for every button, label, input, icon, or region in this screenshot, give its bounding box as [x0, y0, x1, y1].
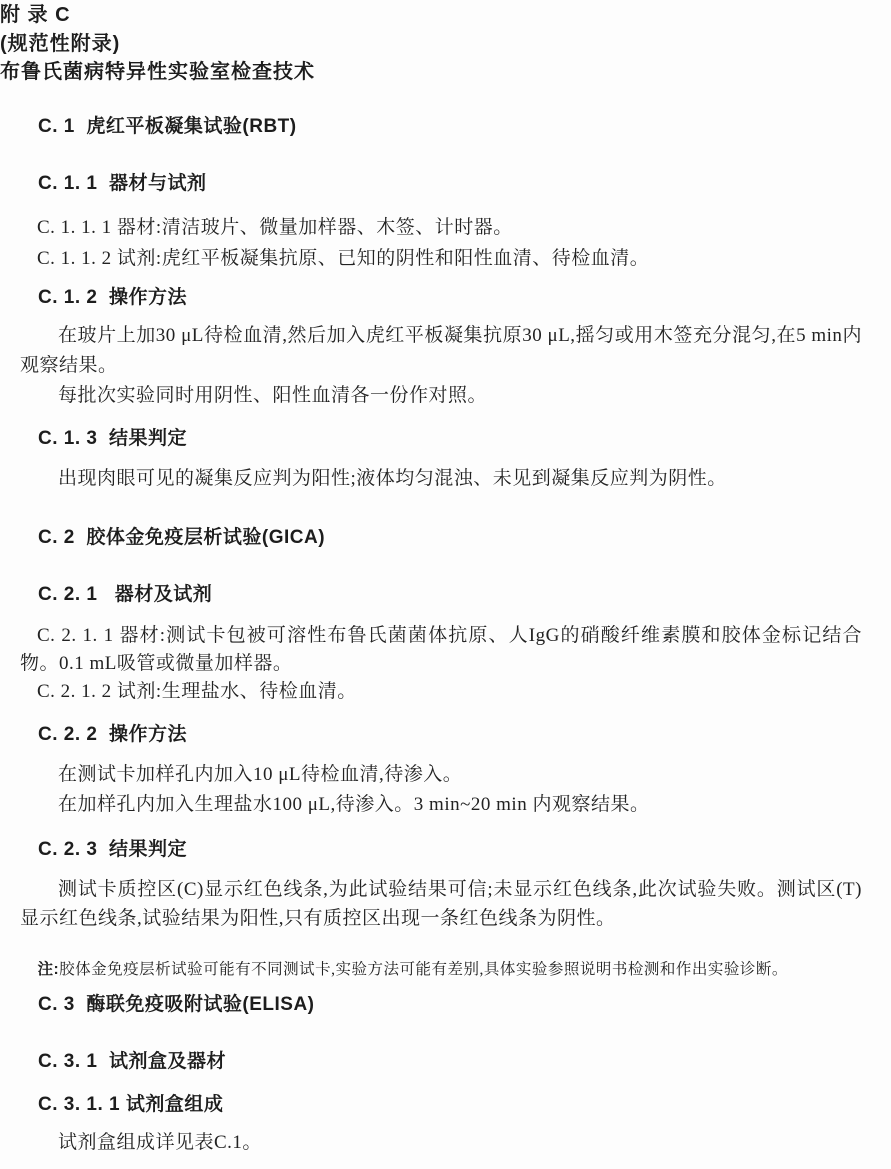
- paragraph-c22-2: 在加样孔内加入生理盐水100 μL,待渗入。3 min~20 min 内观察结果…: [20, 790, 862, 820]
- section-c11-heading: C. 1. 1 器材与试剂: [38, 172, 862, 196]
- paragraph-c12-2: 每批次实验同时用阴性、阳性血清各一份作对照。: [20, 381, 862, 411]
- section-c1-heading: C. 1 虎红平板凝集试验(RBT): [38, 115, 862, 139]
- section-c2-heading: C. 2 胶体金免疫层析试验(GICA): [38, 526, 862, 550]
- clause-c211: C. 2. 1. 1 器材:测试卡包被可溶性布鲁氏菌菌体抗原、人IgG的硝酸纤维…: [20, 622, 862, 678]
- paragraph-c12-1: 在玻片上加30 μL待检血清,然后加入虎红平板凝集抗原30 μL,摇匀或用木签充…: [20, 321, 862, 381]
- section-c311-heading: C. 3. 1. 1 试剂盒组成: [38, 1093, 862, 1117]
- section-c31-heading: C. 3. 1 试剂盒及器材: [38, 1050, 862, 1074]
- section-c12-heading: C. 1. 2 操作方法: [38, 286, 862, 310]
- document-page: 附 录 C (规范性附录) 布鲁氏菌病特异性实验室检查技术 C. 1 虎红平板凝…: [0, 0, 891, 1169]
- section-c23-heading: C. 2. 3 结果判定: [38, 838, 862, 862]
- section-c13-heading: C. 1. 3 结果判定: [38, 427, 862, 451]
- section-c22-heading: C. 2. 2 操作方法: [38, 723, 862, 747]
- appendix-type: (规范性附录): [0, 32, 891, 56]
- clause-c111: C. 1. 1. 1 器材:清洁玻片、微量加样器、木签、计时器。: [20, 213, 862, 243]
- paragraph-c13-1: 出现肉眼可见的凝集反应判为阳性;液体均匀混浊、未见到凝集反应判为阴性。: [20, 464, 862, 494]
- section-c21-heading: C. 2. 1 器材及试剂: [38, 583, 862, 607]
- paragraph-c23-1: 测试卡质控区(C)显示红色线条,为此试验结果可信;未显示红色线条,此次试验失败。…: [20, 875, 862, 933]
- note-label: 注:: [38, 961, 60, 978]
- section-c3-heading: C. 3 酶联免疫吸附试验(ELISA): [38, 993, 862, 1017]
- note-text: 胶体金免疫层析试验可能有不同测试卡,实验方法可能有差别,具体实验参照说明书检测和…: [59, 961, 788, 978]
- paragraph-c311-1: 试剂盒组成详见表C.1。: [20, 1128, 862, 1158]
- appendix-title: 布鲁氏菌病特异性实验室检查技术: [0, 60, 891, 84]
- appendix-label: 附 录 C: [0, 3, 891, 27]
- paragraph-c22-1: 在测试卡加样孔内加入10 μL待检血清,待渗入。: [20, 760, 862, 790]
- clause-c112: C. 1. 1. 2 试剂:虎红平板凝集抗原、已知的阴性和阳性血清、待检血清。: [20, 244, 862, 274]
- clause-c212: C. 2. 1. 2 试剂:生理盐水、待检血清。: [20, 677, 862, 707]
